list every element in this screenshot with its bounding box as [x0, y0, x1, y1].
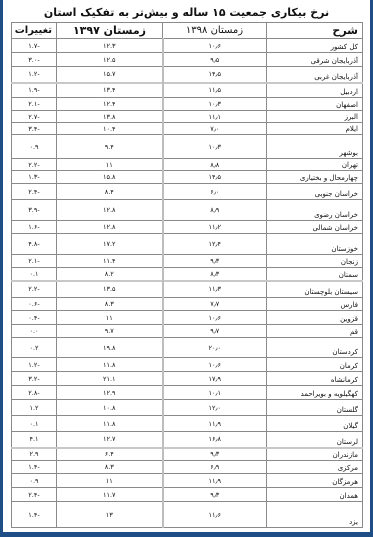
province-name: چهارمحال و بختیاری: [267, 171, 363, 184]
value-winter-1397: ۱۲.۵: [57, 53, 163, 67]
table-row: فارس۷٫۷۸.۳-۰.۶: [12, 298, 363, 311]
value-change: -۲.۸: [12, 386, 57, 400]
value-change: -۱.۲: [12, 67, 57, 83]
province-name: خراسان رضوی: [267, 200, 363, 221]
value-winter-1397: ۱۳.۵: [57, 281, 163, 298]
value-winter-1397: ۱۹.۸: [57, 338, 163, 358]
table-row: ایلام۷٫۰۱۰.۴-۳.۴: [12, 123, 363, 135]
value-winter-1398: ۹٫۳: [163, 488, 267, 502]
table-row: البرز۱۱٫۱۱۳.۸-۲.۷: [12, 111, 363, 123]
province-name: زنجان: [267, 255, 363, 268]
province-name: آذربایجان غربی: [267, 67, 363, 83]
province-name: کرمان: [267, 358, 363, 372]
value-change: -۳.۲: [12, 372, 57, 386]
table-row: زنجان۹٫۳۱۱.۴-۲.۱: [12, 255, 363, 268]
table-row: آذربایجان شرقی۹٫۵۱۲.۵-۳.۰: [12, 53, 363, 67]
value-winter-1397: ۱۰.۸: [57, 400, 163, 416]
value-change: -۴.۸: [12, 234, 57, 255]
table-row: گلستان۱۲٫۰۱۰.۸۱.۲: [12, 400, 363, 416]
value-winter-1397: ۸.۲: [57, 268, 163, 281]
value-change: -۰.۶: [12, 298, 57, 311]
value-winter-1398: ۱۴٫۵: [163, 67, 267, 83]
value-winter-1398: ۶٫۰: [163, 184, 267, 200]
value-change: ۰.۲: [12, 338, 57, 358]
value-winter-1398: ۹٫۵: [163, 53, 267, 67]
header-winter-1398: زمستان ۱۳۹۸: [163, 23, 267, 39]
value-winter-1397: ۱۳.۸: [57, 111, 163, 123]
value-winter-1397: ۱۱.۴: [57, 255, 163, 268]
table-row: گیلان۱۱٫۹۱۱.۸۰.۱: [12, 416, 363, 432]
province-name: یزد: [267, 502, 363, 528]
province-name: آذربایجان شرقی: [267, 53, 363, 67]
province-name: گیلان: [267, 416, 363, 432]
value-winter-1397: ۱۲.۹: [57, 386, 163, 400]
value-change: -۰.۴: [12, 311, 57, 325]
province-name: همدان: [267, 488, 363, 502]
value-winter-1397: ۱۲.۷: [57, 432, 163, 448]
table-row: یزد۱۱٫۶۱۳-۱.۴: [12, 502, 363, 528]
value-winter-1397: ۱۱: [57, 311, 163, 325]
province-name: کرمانشاه: [267, 372, 363, 386]
table-row: هرمزگان۱۱٫۹۱۱۰.۹: [12, 474, 363, 488]
province-name: مرکزی: [267, 461, 363, 474]
table-row: سیستان بلوچستان۱۱٫۳۱۳.۵-۲.۲: [12, 281, 363, 298]
value-change: -۱.۶: [12, 221, 57, 234]
table-row: تهران۸٫۸۱۱-۲.۲: [12, 159, 363, 171]
value-winter-1398: ۱۴٫۵: [163, 171, 267, 184]
province-name: خراسان شمالی: [267, 221, 363, 234]
value-winter-1397: ۱۱: [57, 159, 163, 171]
table-row: قم۹٫۷۹.۷۰.۰: [12, 325, 363, 338]
table-row: چهارمحال و بختیاری۱۴٫۵۱۵.۸-۱.۳: [12, 171, 363, 184]
value-winter-1397: ۱۲.۸: [57, 221, 163, 234]
table-row: کهگیلویه و بویراحمد۱۰٫۱۱۲.۹-۲.۸: [12, 386, 363, 400]
value-winter-1398: ۱۱٫۵: [163, 83, 267, 98]
province-name: قزوین: [267, 311, 363, 325]
value-change: -۱.۹: [12, 83, 57, 98]
province-name: سیستان بلوچستان: [267, 281, 363, 298]
value-winter-1398: ۱۰٫۳: [163, 98, 267, 111]
value-winter-1397: ۱۲.۸: [57, 200, 163, 221]
table-row: بوشهر۱۰٫۳۹.۴۰.۹: [12, 135, 363, 159]
value-winter-1397: ۲۱.۱: [57, 372, 163, 386]
province-name: گلستان: [267, 400, 363, 416]
document-frame: نرخ بیکاری جمعیت ۱۵ ساله و بیش‌تر به تفک…: [3, 0, 370, 532]
table-row: مازندران۹٫۳۶.۴۲.۹: [12, 448, 363, 461]
value-winter-1398: ۱۰٫۶: [163, 311, 267, 325]
table-row: خوزستان۱۲٫۴۱۷.۲-۴.۸: [12, 234, 363, 255]
value-winter-1397: ۹.۴: [57, 135, 163, 159]
value-change: -۱.۳: [12, 171, 57, 184]
value-change: -۱.۲: [12, 358, 57, 372]
value-change: -۳.۴: [12, 123, 57, 135]
province-name: خراسان جنوبی: [267, 184, 363, 200]
value-winter-1398: ۷٫۷: [163, 298, 267, 311]
value-change: ۰.۹: [12, 474, 57, 488]
table-row: کل کشور۱۰٫۶۱۲.۳-۱.۷: [12, 39, 363, 53]
table-row: کرمانشاه۱۷٫۹۲۱.۱-۳.۲: [12, 372, 363, 386]
value-winter-1398: ۱۲٫۰: [163, 400, 267, 416]
value-winter-1397: ۱۱.۸: [57, 416, 163, 432]
value-winter-1398: ۱۱٫۲: [163, 221, 267, 234]
value-change: ۴.۱: [12, 432, 57, 448]
value-winter-1397: ۱۲.۳: [57, 39, 163, 53]
value-winter-1397: ۸.۳: [57, 461, 163, 474]
value-winter-1398: ۱۱٫۹: [163, 416, 267, 432]
province-name: کردستان: [267, 338, 363, 358]
value-change: -۲.۴: [12, 184, 57, 200]
value-winter-1398: ۱۶٫۸: [163, 432, 267, 448]
value-winter-1397: ۸.۳: [57, 298, 163, 311]
value-change: -۲.۴: [12, 488, 57, 502]
province-name: مازندران: [267, 448, 363, 461]
value-winter-1397: ۱۱.۷: [57, 488, 163, 502]
header-description: شرح: [267, 23, 363, 39]
value-winter-1397: ۸.۴: [57, 184, 163, 200]
value-winter-1398: ۱۲٫۴: [163, 234, 267, 255]
province-name: قم: [267, 325, 363, 338]
value-winter-1398: ۱۰٫۶: [163, 39, 267, 53]
province-name: خوزستان: [267, 234, 363, 255]
province-name: ایلام: [267, 123, 363, 135]
value-winter-1398: ۱۱٫۳: [163, 281, 267, 298]
value-winter-1398: ۹٫۷: [163, 325, 267, 338]
province-name: کهگیلویه و بویراحمد: [267, 386, 363, 400]
value-winter-1398: ۹٫۳: [163, 255, 267, 268]
table-row: اردبیل۱۱٫۵۱۳.۴-۱.۹: [12, 83, 363, 98]
table-row: سمنان۸٫۳۸.۲۰.۱: [12, 268, 363, 281]
value-winter-1397: ۶.۴: [57, 448, 163, 461]
value-winter-1398: ۱۰٫۳: [163, 135, 267, 159]
value-winter-1397: ۱۵.۷: [57, 67, 163, 83]
value-winter-1398: ۲۰٫۰: [163, 338, 267, 358]
value-winter-1398: ۱۱٫۹: [163, 474, 267, 488]
value-winter-1397: ۱۱: [57, 474, 163, 488]
value-winter-1397: ۱۷.۲: [57, 234, 163, 255]
value-winter-1398: ۸٫۸: [163, 159, 267, 171]
value-winter-1398: ۱۷٫۹: [163, 372, 267, 386]
value-winter-1398: ۱۱٫۱: [163, 111, 267, 123]
header-row: شرح زمستان ۱۳۹۸ زمستان ۱۳۹۷ تغییرات: [12, 23, 363, 39]
value-change: ۰.۱: [12, 416, 57, 432]
value-winter-1397: ۹.۷: [57, 325, 163, 338]
value-change: ۰.۰: [12, 325, 57, 338]
value-change: -۳.۹: [12, 200, 57, 221]
value-change: -۲.۲: [12, 281, 57, 298]
header-change: تغییرات: [12, 23, 57, 39]
province-name: بوشهر: [267, 135, 363, 159]
table-row: مرکزی۶٫۹۸.۳-۱.۴: [12, 461, 363, 474]
province-name: فارس: [267, 298, 363, 311]
value-winter-1398: ۷٫۰: [163, 123, 267, 135]
value-change: -۳.۰: [12, 53, 57, 67]
table-row: خراسان رضوی۸٫۹۱۲.۸-۳.۹: [12, 200, 363, 221]
table-row: کردستان۲۰٫۰۱۹.۸۰.۲: [12, 338, 363, 358]
value-winter-1398: ۱۰٫۱: [163, 386, 267, 400]
province-name: تهران: [267, 159, 363, 171]
value-change: -۲.۱: [12, 255, 57, 268]
table-row: آذربایجان غربی۱۴٫۵۱۵.۷-۱.۲: [12, 67, 363, 83]
province-name: اردبیل: [267, 83, 363, 98]
table-title: نرخ بیکاری جمعیت ۱۵ ساله و بیش‌تر به تفک…: [3, 6, 370, 19]
value-winter-1398: ۸٫۳: [163, 268, 267, 281]
value-winter-1397: ۱۳: [57, 502, 163, 528]
value-winter-1398: ۸٫۹: [163, 200, 267, 221]
province-name: هرمزگان: [267, 474, 363, 488]
value-winter-1397: ۱۱.۸: [57, 358, 163, 372]
province-name: سمنان: [267, 268, 363, 281]
table-row: اصفهان۱۰٫۳۱۲.۴-۲.۱: [12, 98, 363, 111]
table-row: قزوین۱۰٫۶۱۱-۰.۴: [12, 311, 363, 325]
value-winter-1398: ۶٫۹: [163, 461, 267, 474]
province-name: البرز: [267, 111, 363, 123]
table-row: همدان۹٫۳۱۱.۷-۲.۴: [12, 488, 363, 502]
value-change: -۱.۴: [12, 502, 57, 528]
value-change: ۲.۹: [12, 448, 57, 461]
value-change: -۱.۷: [12, 39, 57, 53]
table-row: کرمان۱۰٫۶۱۱.۸-۱.۲: [12, 358, 363, 372]
value-change: ۰.۹: [12, 135, 57, 159]
value-change: ۱.۲: [12, 400, 57, 416]
table-row: لرستان۱۶٫۸۱۲.۷۴.۱: [12, 432, 363, 448]
table-row: خراسان جنوبی۶٫۰۸.۴-۲.۴: [12, 184, 363, 200]
province-name: لرستان: [267, 432, 363, 448]
value-change: -۲.۱: [12, 98, 57, 111]
value-change: ۰.۱: [12, 268, 57, 281]
value-winter-1398: ۹٫۳: [163, 448, 267, 461]
value-winter-1397: ۱۳.۴: [57, 83, 163, 98]
value-winter-1397: ۱۵.۸: [57, 171, 163, 184]
province-name: کل کشور: [267, 39, 363, 53]
value-winter-1397: ۱۰.۴: [57, 123, 163, 135]
header-winter-1397: زمستان ۱۳۹۷: [57, 23, 163, 39]
value-change: -۲.۷: [12, 111, 57, 123]
table-row: خراسان شمالی۱۱٫۲۱۲.۸-۱.۶: [12, 221, 363, 234]
province-name: اصفهان: [267, 98, 363, 111]
value-winter-1398: ۱۱٫۶: [163, 502, 267, 528]
value-winter-1398: ۱۰٫۶: [163, 358, 267, 372]
value-change: -۱.۴: [12, 461, 57, 474]
value-winter-1397: ۱۲.۴: [57, 98, 163, 111]
value-change: -۲.۲: [12, 159, 57, 171]
unemployment-table: شرح زمستان ۱۳۹۸ زمستان ۱۳۹۷ تغییرات کل ک…: [11, 22, 363, 528]
